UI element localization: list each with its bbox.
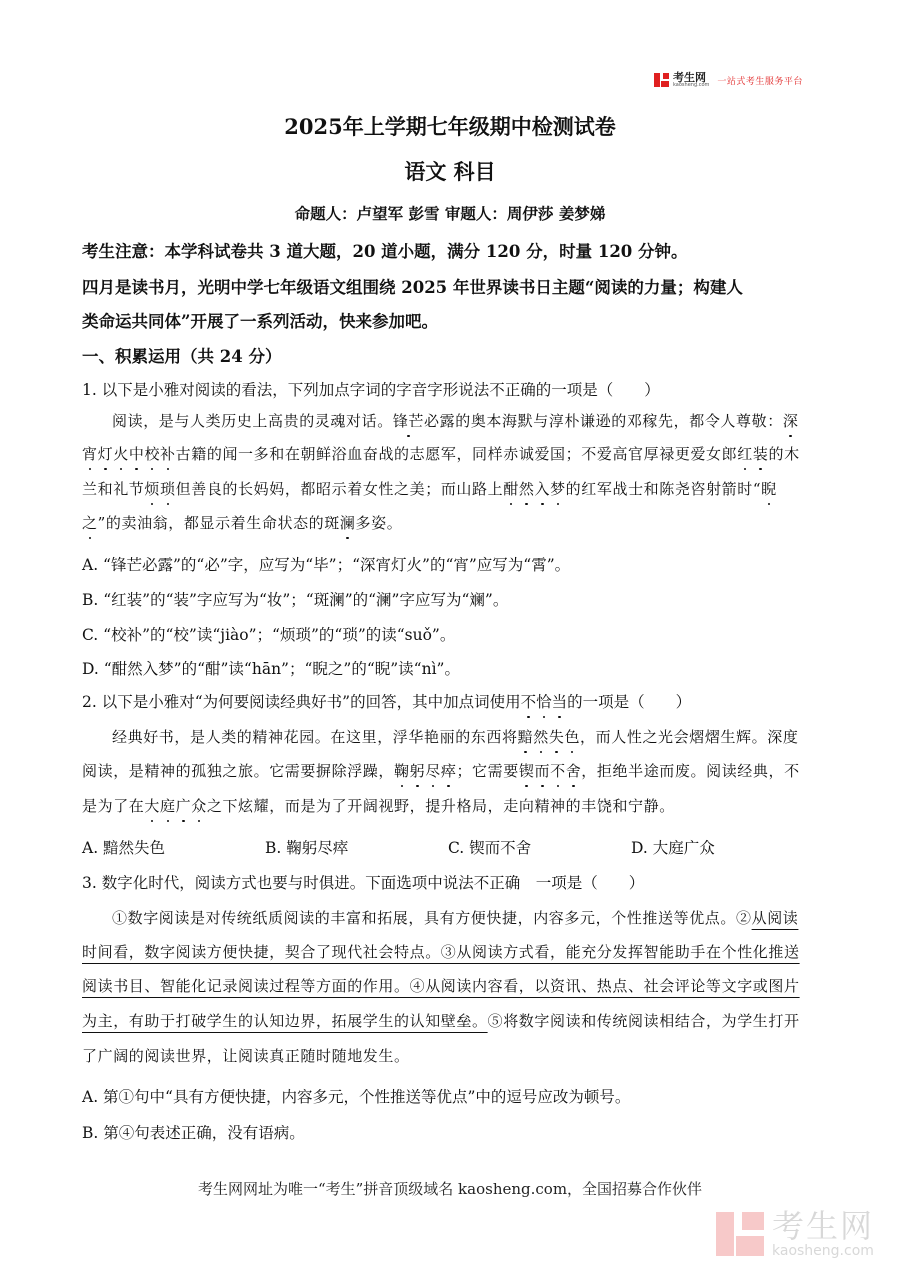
header-slogan: 一站式考生服务平台: [717, 74, 803, 87]
q3-passage-line-1: ①数字阅读是对传统纸质阅读的丰富和拓展，具有方便快捷，内容多元，个性推送等优点。…: [112, 907, 852, 928]
underlined-text: 阅读书目、智能化记录阅读过程等方面的作用。④从阅读内容看，以资讯、热点、社会评论…: [82, 977, 800, 995]
watermark-text: 考生网 kaosheng.com: [772, 1210, 874, 1258]
text: 但善良的长妈妈，都昭示着女性之美；而山路上: [176, 480, 504, 498]
q2-option-c: C. 锲而不舍: [448, 836, 631, 858]
dotted-word: 深: [783, 410, 799, 431]
underlined-text: 时间看，数字阅读方便快捷，契合了现代社会特点。③从阅读方式看，能充分发挥智能助手…: [82, 943, 800, 961]
dotted-word: 之: [82, 512, 98, 533]
dotted-word: 鞠躬尽瘁: [394, 762, 456, 780]
dotted-word: 不恰当: [521, 693, 568, 711]
text: 兰和礼节: [82, 480, 144, 498]
section-heading: 一、积累运用（共 24 分）: [82, 343, 822, 367]
q3-passage-line-4: 为主，有助于打破学生的认知边界，拓展学生的认知壁垒。⑤将数字阅读和传统阅读相结合…: [82, 1010, 822, 1031]
kaosheng-logo-icon: [654, 72, 670, 88]
exam-title: 2025年上学期七年级期中检测试卷: [0, 111, 900, 141]
text: ⑤将数字阅读和传统阅读相结合，为学生打开: [488, 1012, 800, 1030]
dotted-word: 澜: [340, 512, 356, 533]
text: ；它需要: [456, 762, 518, 780]
watermark-cn: 考生网: [772, 1210, 874, 1242]
text: ，而人性之光会熠熠生辉。深度: [580, 728, 798, 746]
dotted-word: 酣然入梦: [503, 480, 565, 498]
header-logo: 考生网 kaosheng.com 一站式考生服务平台: [654, 72, 803, 88]
q2-option-d: D. 大庭广众: [631, 836, 814, 858]
q2-option-b: B. 鞠躬尽瘁: [265, 836, 448, 858]
exam-subject: 语文 科目: [0, 156, 900, 186]
q1-option-b: B. “红装”的“装”字应写为“妆”；“斑澜”的“澜”字应写为“斓”。: [82, 588, 822, 610]
logo-en: kaosheng.com: [673, 83, 709, 88]
q2-passage-line-3: 是为了在大庭广众之下炫耀，而是为了开阔视野，提升格局，走向精神的丰饶和宁静。: [82, 795, 822, 816]
text: 之下炫耀，而是为了开阔视野，提升格局，走向精神的丰饶和宁静。: [207, 797, 675, 815]
q3-passage-line-3: 阅读书目、智能化记录阅读过程等方面的作用。④从阅读内容看，以资讯、热点、社会评论…: [82, 975, 822, 996]
text: 的木: [768, 445, 799, 463]
dotted-word: 锲而不舍: [519, 762, 581, 780]
text: 多姿。: [356, 514, 403, 532]
q2-stem: 2. 以下是小雅对“为何要阅读经典好书”的回答，其中加点词使用不恰当的一项是（ …: [82, 690, 822, 712]
text: ①数字阅读是对传统纸质阅读的丰富和拓展，具有方便快捷，内容多元，个性推送等优点。…: [112, 909, 752, 927]
text: 2. 以下是小雅对“为何要阅读经典好书”的回答，其中加点词使用: [82, 693, 521, 711]
intro-line-1: 四月是读书月，光明中学七年级语文组围绕 2025 年世界读书日主题“阅读的力量；…: [82, 274, 822, 298]
q1-option-d: D. “酣然入梦”的“酣”读“hān”；“睨之”的“睨”读“nì”。: [82, 657, 822, 679]
q1-option-c: C. “校补”的“校”读“jiào”；“烦琐”的“琐”的读“suǒ”。: [82, 623, 822, 645]
text: 古籍的闻一多和在朝鲜浴血奋战的志愿军，同样赤诚爱国；不爱高官厚禄更爱女郎: [176, 445, 738, 463]
dotted-word: 锋芒: [393, 410, 424, 431]
q1-passage-line-3: 兰和礼节烦琐但善良的长妈妈，都昭示着女性之美；而山路上酣然入梦的红军战士和陈尧咨…: [82, 478, 822, 499]
q1-passage-line-4: 之”的卖油翁，都显示着生命状态的斑澜多姿。: [82, 512, 822, 533]
dotted-word: 红装: [737, 445, 768, 463]
q3-option-a: A. 第①句中“具有方便快捷，内容多元，个性推送等优点”中的逗号应改为顿号。: [82, 1085, 822, 1107]
text: 的一项是（ ）: [567, 693, 691, 711]
text: 阅读，是与人类历史上高贵的灵魂对话。: [112, 412, 393, 430]
underlined-text: 从阅读: [752, 909, 799, 927]
intro-line-2: 类命运共同体”开展了一系列活动，快来参加吧。: [82, 308, 822, 332]
dotted-word: 烦琐: [144, 480, 175, 498]
text: ，拒绝半途而废。阅读经典，不: [581, 762, 799, 780]
text: 经典好书，是人类的精神花园。在这里，浮华艳丽的东西将: [112, 728, 518, 746]
q2-passage-line-1: 经典好书，是人类的精神花园。在这里，浮华艳丽的东西将黯然失色，而人性之光会熠熠生…: [112, 726, 852, 747]
text: 是为了在: [82, 797, 144, 815]
q3-option-b: B. 第④句表述正确，没有语病。: [82, 1121, 822, 1143]
watermark-logo: 考生网 kaosheng.com: [716, 1210, 874, 1258]
q1-option-a: A. “锋芒必露”的“必”字，应写为“毕”；“深宵灯火”的“宵”应写为“霄”。: [82, 553, 822, 575]
q2-passage-line-2: 阅读，是精神的孤独之旅。它需要摒除浮躁，鞠躬尽瘁；它需要锲而不舍，拒绝半途而废。…: [82, 760, 822, 781]
q1-passage-line-2: 宵灯火中校补古籍的闻一多和在朝鲜浴血奋战的志愿军，同样赤诚爱国；不爱高官厚禄更爱…: [82, 443, 822, 464]
q3-passage-line-5: 了广阔的阅读世界，让阅读真正随时随地发生。: [82, 1045, 822, 1066]
exam-authors: 命题人：卢望军 彭雪 审题人：周伊莎 姜梦娣: [0, 202, 900, 224]
text: 必露的奥本海默与淳朴谦逊的邓稼先，都令人尊敬：: [424, 412, 783, 430]
q2-option-a: A. 黯然失色: [82, 836, 265, 858]
watermark-logo-icon: [716, 1212, 764, 1256]
q1-stem: 1. 以下是小雅对阅读的看法，下列加点字词的字音字形说法不正确的一项是（ ）: [82, 378, 822, 400]
q3-stem: 3. 数字化时代，阅读方式也要与时俱进。下面选项中说法不正确 一项是（ ）: [82, 871, 822, 893]
dotted-word: 黯然失色: [518, 728, 580, 746]
dotted-word: 睨: [761, 478, 777, 499]
text: 阅读，是精神的孤独之旅。它需要摒除浮躁，: [82, 762, 394, 780]
page-footer: 考生网网址为唯一“考生”拼音顶级域名 kaosheng.com，全国招募合作伙伴: [0, 1178, 900, 1199]
dotted-word: 大庭广众: [144, 797, 206, 815]
q1-passage-line-1: 阅读，是与人类历史上高贵的灵魂对话。锋芒必露的奥本海默与淳朴谦逊的邓稼先，都令人…: [112, 410, 852, 431]
text: ”的卖油翁，都显示着生命状态的斑: [98, 514, 340, 532]
q2-options: A. 黯然失色 B. 鞠躬尽瘁 C. 锲而不舍 D. 大庭广众: [82, 836, 842, 858]
q3-passage-line-2: 时间看，数字阅读方便快捷，契合了现代社会特点。③从阅读方式看，能充分发挥智能助手…: [82, 941, 822, 962]
exam-notice: 考生注意：本学科试卷共 3 道大题，20 道小题，满分 120 分，时量 120…: [82, 238, 822, 262]
text: 的红军战士和陈尧咨射箭时“: [566, 480, 761, 498]
underlined-text: 为主，有助于打破学生的认知边界，拓展学生的认知壁垒。: [82, 1012, 488, 1030]
logo-text: 考生网 kaosheng.com: [673, 72, 709, 88]
dotted-word: 宵灯火中校补: [82, 445, 176, 463]
watermark-en: kaosheng.com: [772, 1244, 874, 1258]
